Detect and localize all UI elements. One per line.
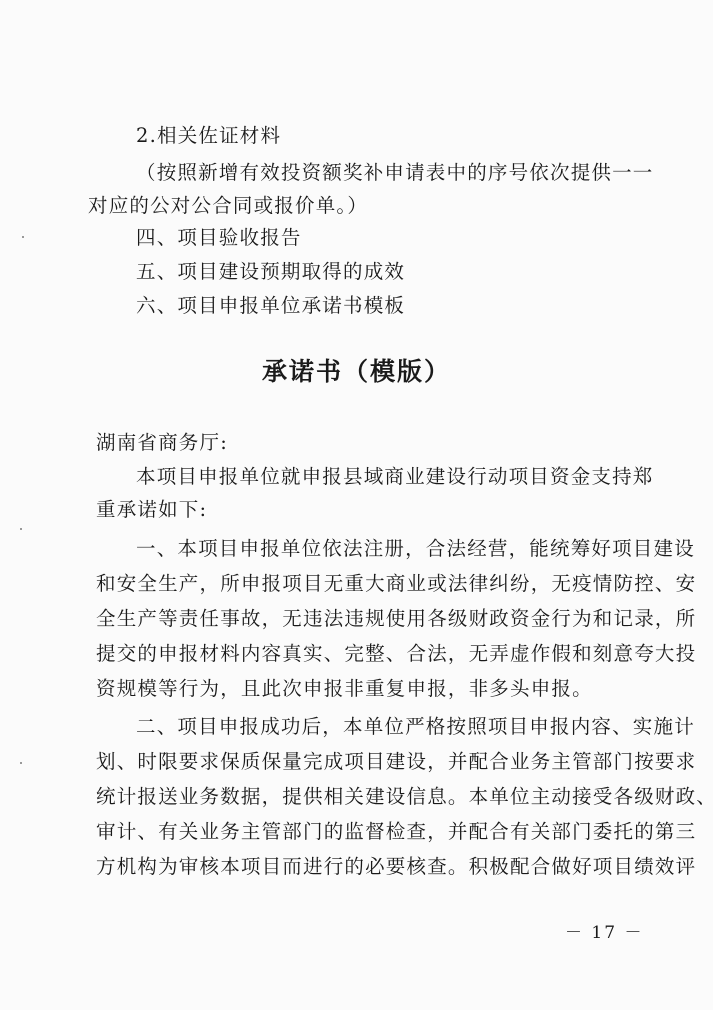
item-section-6: 六、项目申报单位承诺书模板	[136, 290, 405, 318]
item-section-4: 四、项目验收报告	[136, 222, 302, 250]
intro-line2: 重承诺如下:	[96, 494, 207, 522]
page-number: － 17 －	[565, 918, 643, 943]
intro-line1: 本项目申报单位就申报县域商业建设行动项目资金支持郑	[136, 461, 654, 489]
margin-mark	[22, 236, 24, 238]
para2-line4: 审计、有关业务主管部门的监督检查，并配合有关部门委托的第三	[96, 816, 696, 844]
para1-line2: 和安全生产，所申报项目无重大商业或法律纠纷，无疫情防控、安	[96, 568, 696, 596]
item-note-line1: （按照新增有效投资额奖补申请表中的序号依次提供一一	[136, 157, 654, 185]
margin-mark	[20, 762, 22, 764]
para1-line3: 全生产等责任事故，无违法违规使用各级财政资金行为和记录，所	[96, 603, 696, 631]
para2-line5: 方机构为审核本项目而进行的必要核查。积极配合做好项目绩效评	[96, 851, 696, 879]
item-section-5: 五、项目建设预期取得的成效	[136, 256, 405, 284]
para1-line1: 一、本项目申报单位依法注册，合法经营，能统筹好项目建设	[136, 533, 695, 561]
para2-line2: 划、时限要求保质保量完成项目建设，并配合业务主管部门按要求	[96, 746, 696, 774]
salutation: 湖南省商务厅:	[96, 427, 228, 455]
page-title: 承诺书（模版）	[0, 352, 713, 388]
para1-line4: 提交的申报材料内容真实、完整、合法，无弄虚作假和刻意夸大投	[96, 638, 696, 666]
para2-line3: 统计报送业务数据，提供相关建设信息。本单位主动接受各级财政、	[96, 781, 713, 809]
margin-mark	[20, 528, 22, 530]
para1-line5: 资规模等行为，且此次申报非重复申报，非多头申报。	[96, 673, 593, 701]
item-supporting-materials: 2.相关佐证材料	[136, 120, 281, 148]
item-note-line2: 对应的公对公合同或报价单。）	[88, 190, 368, 218]
para2-line1: 二、项目申报成功后，本单位严格按照项目申报内容、实施计	[136, 711, 695, 739]
